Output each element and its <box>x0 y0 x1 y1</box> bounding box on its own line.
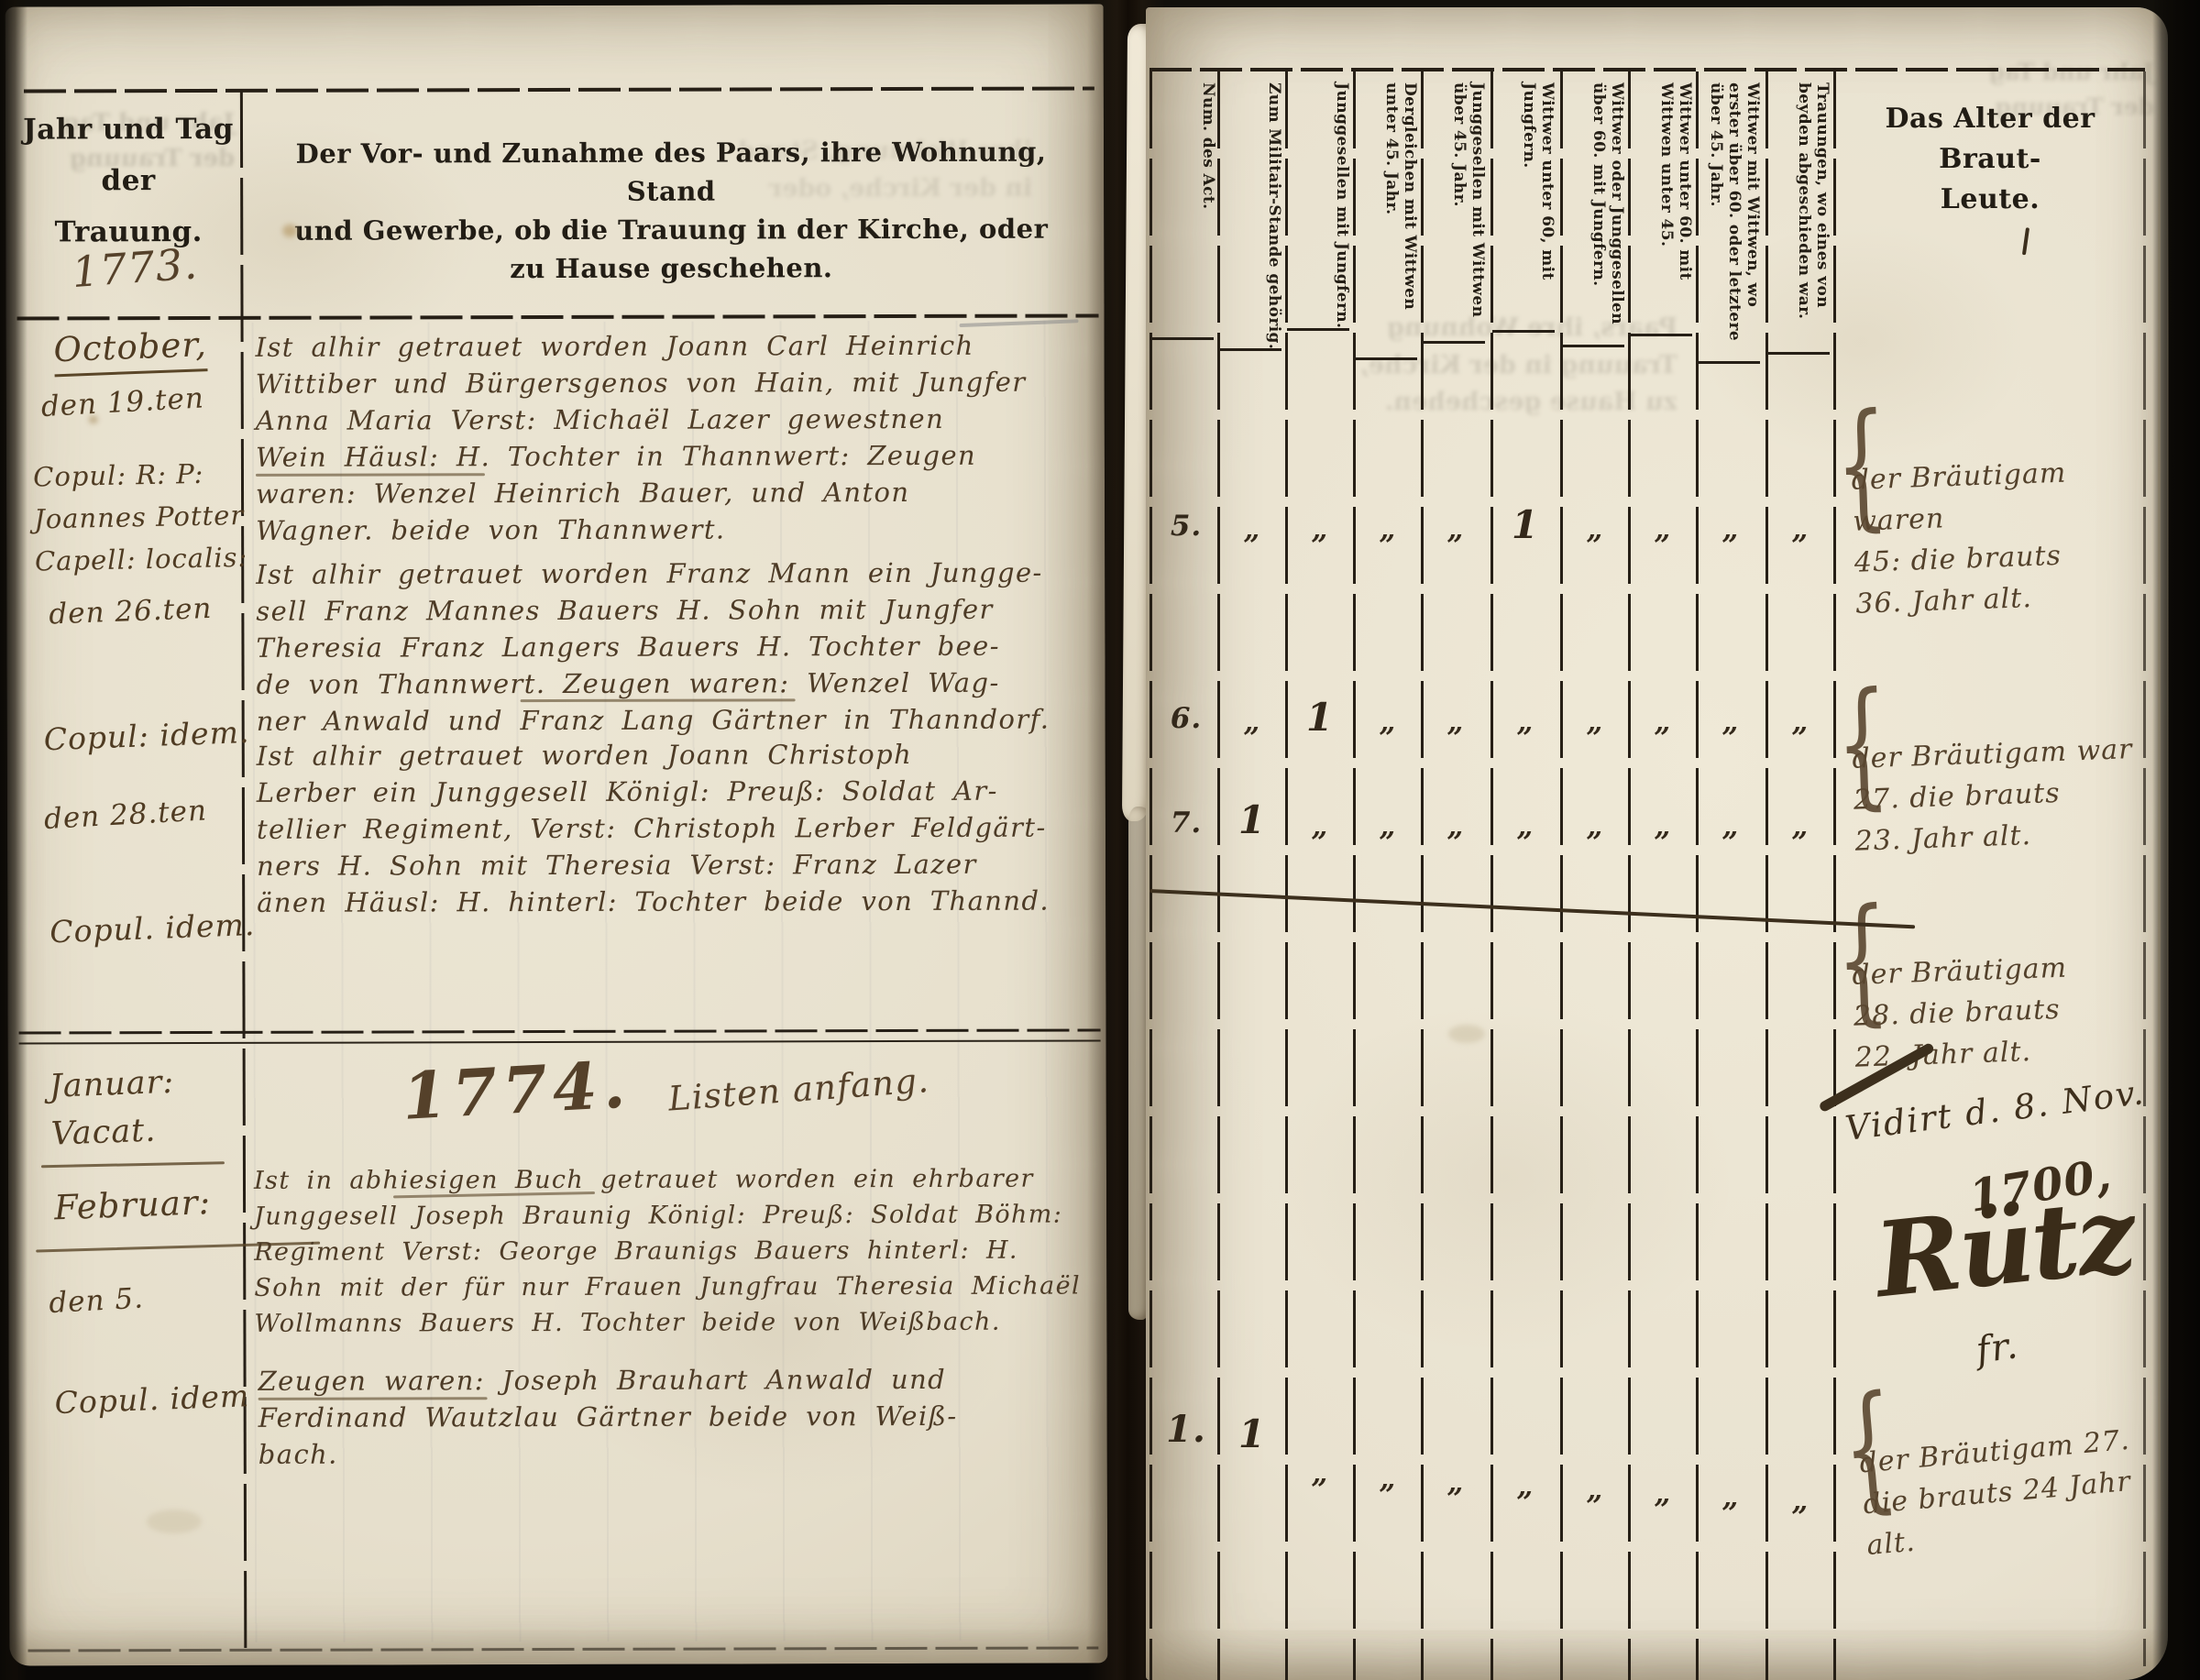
column-header-wittwer-u60-jungfern: Wittwer unter 60, mit Jungfern. <box>1496 82 1556 353</box>
tally-cell: „ <box>1630 1477 1696 1510</box>
tally-cell: „ <box>1492 706 1558 739</box>
tally-cell: 1. <box>1153 1408 1219 1451</box>
tally-cell: „ <box>1492 1470 1558 1503</box>
tally-cell: „ <box>1355 706 1421 739</box>
col-line <box>1490 71 1493 1680</box>
margin-note-month: October, <box>53 323 208 377</box>
tally-cell: „ <box>1423 1466 1489 1499</box>
year-1773: 1773. <box>71 238 200 297</box>
entry-1773-oct-28: Ist alhir getrauet worden Joann Christop… <box>257 735 1097 920</box>
tally-cell: „ <box>1355 513 1421 546</box>
inspector-signature: Rütz <box>1870 1175 2139 1322</box>
tally-cell: „ <box>1630 706 1696 739</box>
col-line <box>1560 71 1563 1680</box>
header-dash <box>1423 341 1485 344</box>
main-column-title: Der Vor- und Zunahme des Paars, ihre Woh… <box>247 132 1094 288</box>
col-line <box>1285 71 1288 1680</box>
tally-cell: „ <box>1767 513 1833 546</box>
col-line <box>1765 71 1768 1680</box>
margin-note-copul: Copul. idem. <box>49 903 256 954</box>
column-header-wittwer-ue60-jungfern: Wittwer oder Junggesellen über 60. mit J… <box>1566 82 1626 353</box>
vacat-underline <box>41 1161 225 1168</box>
entry-1774-feb-5: Ist in abhiesigen Buch getrauet worden e… <box>254 1160 1098 1341</box>
margin-note-day: den 28.ten <box>43 788 208 841</box>
paper-stain <box>1448 1025 1485 1043</box>
tally-cell: 1 <box>1219 1411 1285 1456</box>
tally-cell: 7. <box>1153 807 1219 840</box>
margin-note-februar: Februar: <box>53 1180 212 1230</box>
age-note-3: der Bräutigam28. die brauts22. Jahr alt. <box>1852 944 2159 1078</box>
col-line <box>1628 71 1631 1680</box>
header-dash <box>1151 337 1214 340</box>
date-column-divider <box>240 91 247 1654</box>
column-header-wittwer-u60-wittwen-u45: Wittwer unter 60. mit Wittwen unter 45. <box>1633 82 1694 353</box>
tally-cell: „ <box>1767 1485 1833 1518</box>
tally-cell: 1 <box>1219 797 1285 842</box>
tally-cell: 6. <box>1153 702 1219 735</box>
tally-cell: „ <box>1287 1457 1353 1490</box>
col-line <box>1353 71 1356 1680</box>
col-line <box>1696 71 1699 1680</box>
header-dash <box>1767 352 1830 355</box>
column-header-junggesellen-jungfern: Junggesellen mit Jungfern. <box>1291 82 1351 353</box>
tally-cell: „ <box>1287 810 1353 843</box>
margin-note-januar-vacat: Januar:Vacat. <box>49 1059 177 1158</box>
tally-cell: „ <box>1355 810 1421 843</box>
left-page: Jahr und Tagder Trauung ihre Wohnung, St… <box>5 4 1108 1665</box>
margin-note-officiant: Copul: R: P:Joannes PotterCapell: locali… <box>33 452 248 583</box>
tally-cell: „ <box>1287 513 1353 546</box>
tally-cell: „ <box>1355 1463 1421 1496</box>
column-header-geschiedene: Trauungen, wo eines von beyden abgeschie… <box>1771 82 1831 353</box>
column-header-militair: Zum Militair-Stande gehörig. <box>1223 82 1283 353</box>
paper-stain <box>282 225 297 237</box>
col-line <box>1421 71 1424 1680</box>
tally-cell: „ <box>1698 1481 1764 1514</box>
paper-stain <box>147 1510 202 1533</box>
zeugen-underline <box>258 1397 488 1400</box>
column-header-junggesellen-wittwen-ue45: Junggesellen mit Wittwen über 45. Jahr. <box>1426 82 1487 353</box>
tally-cell: „ <box>1698 810 1764 843</box>
margin-note-day: den 19.ten <box>40 376 205 429</box>
paper-stain <box>89 415 98 423</box>
age-column-title: Das Alter der Braut-Leute. <box>1839 99 2141 220</box>
col-line <box>1833 71 1836 1680</box>
tally-cell: „ <box>1423 810 1489 843</box>
tally-cell: 5. <box>1153 510 1219 543</box>
tally-cell: „ <box>1219 513 1285 546</box>
right-page: Paars, ihre WohnungTrauung in der Kirche… <box>1146 7 2168 1680</box>
header-dash <box>1287 328 1349 331</box>
signature-suffix: fr. <box>1974 1324 2021 1372</box>
header-dash <box>1698 361 1760 364</box>
header-dash <box>1562 345 1624 347</box>
header-bottom-rule <box>17 313 1099 320</box>
page-edge-stack <box>2152 0 2200 1680</box>
age-note-2: der Bräutigam war27. die brauts23. Jahr … <box>1852 728 2159 862</box>
marriage-register-spread: Jahr und Tagder Trauung ihre Wohnung, St… <box>0 0 2200 1680</box>
margin-note-day: den 5. <box>48 1277 145 1326</box>
margin-note-copul: Copul: idem. <box>43 710 250 762</box>
tally-cell: „ <box>1219 706 1285 739</box>
date-column-title: Jahr und TagderTrauung. <box>22 104 235 258</box>
strike-line <box>1149 889 1915 928</box>
tally-cell: „ <box>1562 1474 1628 1507</box>
column-header-num: Num. des Act. <box>1157 82 1217 353</box>
bottom-rule <box>27 1646 1098 1652</box>
tally-cell: „ <box>1423 513 1489 546</box>
tally-cell: „ <box>1698 513 1764 546</box>
entry-1773-oct-19: Ist alhir getrauet worden Joann Carl Hei… <box>256 326 1096 548</box>
tally-cell: „ <box>1698 706 1764 739</box>
column-header-dergleichen-wittwen-u45: Dergleichen mit Wittwen unter 45. Jahr. <box>1358 82 1419 353</box>
age-note-1: der Bräutigam waren45: die brauts36. Jah… <box>1851 449 2159 624</box>
tally-cell: 1 <box>1492 502 1558 547</box>
zeugen-underline <box>256 473 485 477</box>
column-header-wittwer-wittwen-alt: Wittwer mit Wittwen, wo erster über 60. … <box>1701 82 1762 353</box>
tally-cell: „ <box>1562 513 1628 546</box>
tally-cell: 1 <box>1287 695 1353 740</box>
tally-cell: „ <box>1630 513 1696 546</box>
entry-1773-oct-26: Ist alhir getrauet worden Franz Mann ein… <box>256 554 1096 739</box>
header-dash <box>1630 334 1692 336</box>
age-note-4: der Bräutigam 27.die brauts 24 Jahralt. <box>1858 1417 2168 1566</box>
inspection-note-line1: Vidirt d. 8. Nov. <box>1843 1072 2148 1148</box>
header-dash <box>1355 357 1417 360</box>
header-dash <box>1492 330 1555 333</box>
book-spine-shadow <box>0 0 27 1680</box>
tally-cell: „ <box>1562 810 1628 843</box>
tally-cell: „ <box>1562 706 1628 739</box>
small-ink-mark <box>2022 227 2029 255</box>
tally-cell: „ <box>1630 810 1696 843</box>
tally-cell: „ <box>1492 810 1558 843</box>
year-1774: 1774. <box>401 1046 632 1135</box>
tally-cell: „ <box>1767 810 1833 843</box>
tally-cell: „ <box>1423 706 1489 739</box>
header-dash <box>1219 348 1281 351</box>
table-top-rule <box>1149 68 2145 71</box>
top-rule <box>24 86 1094 93</box>
margin-note-copul: Copul. idem <box>54 1374 250 1425</box>
col-line <box>1149 71 1152 1680</box>
margin-note-day: den 26.ten <box>49 587 214 637</box>
tally-cell: „ <box>1767 706 1833 739</box>
entry-1774-witnesses: Zeugen waren: Joseph Brauhart Anwald und… <box>258 1360 1098 1472</box>
